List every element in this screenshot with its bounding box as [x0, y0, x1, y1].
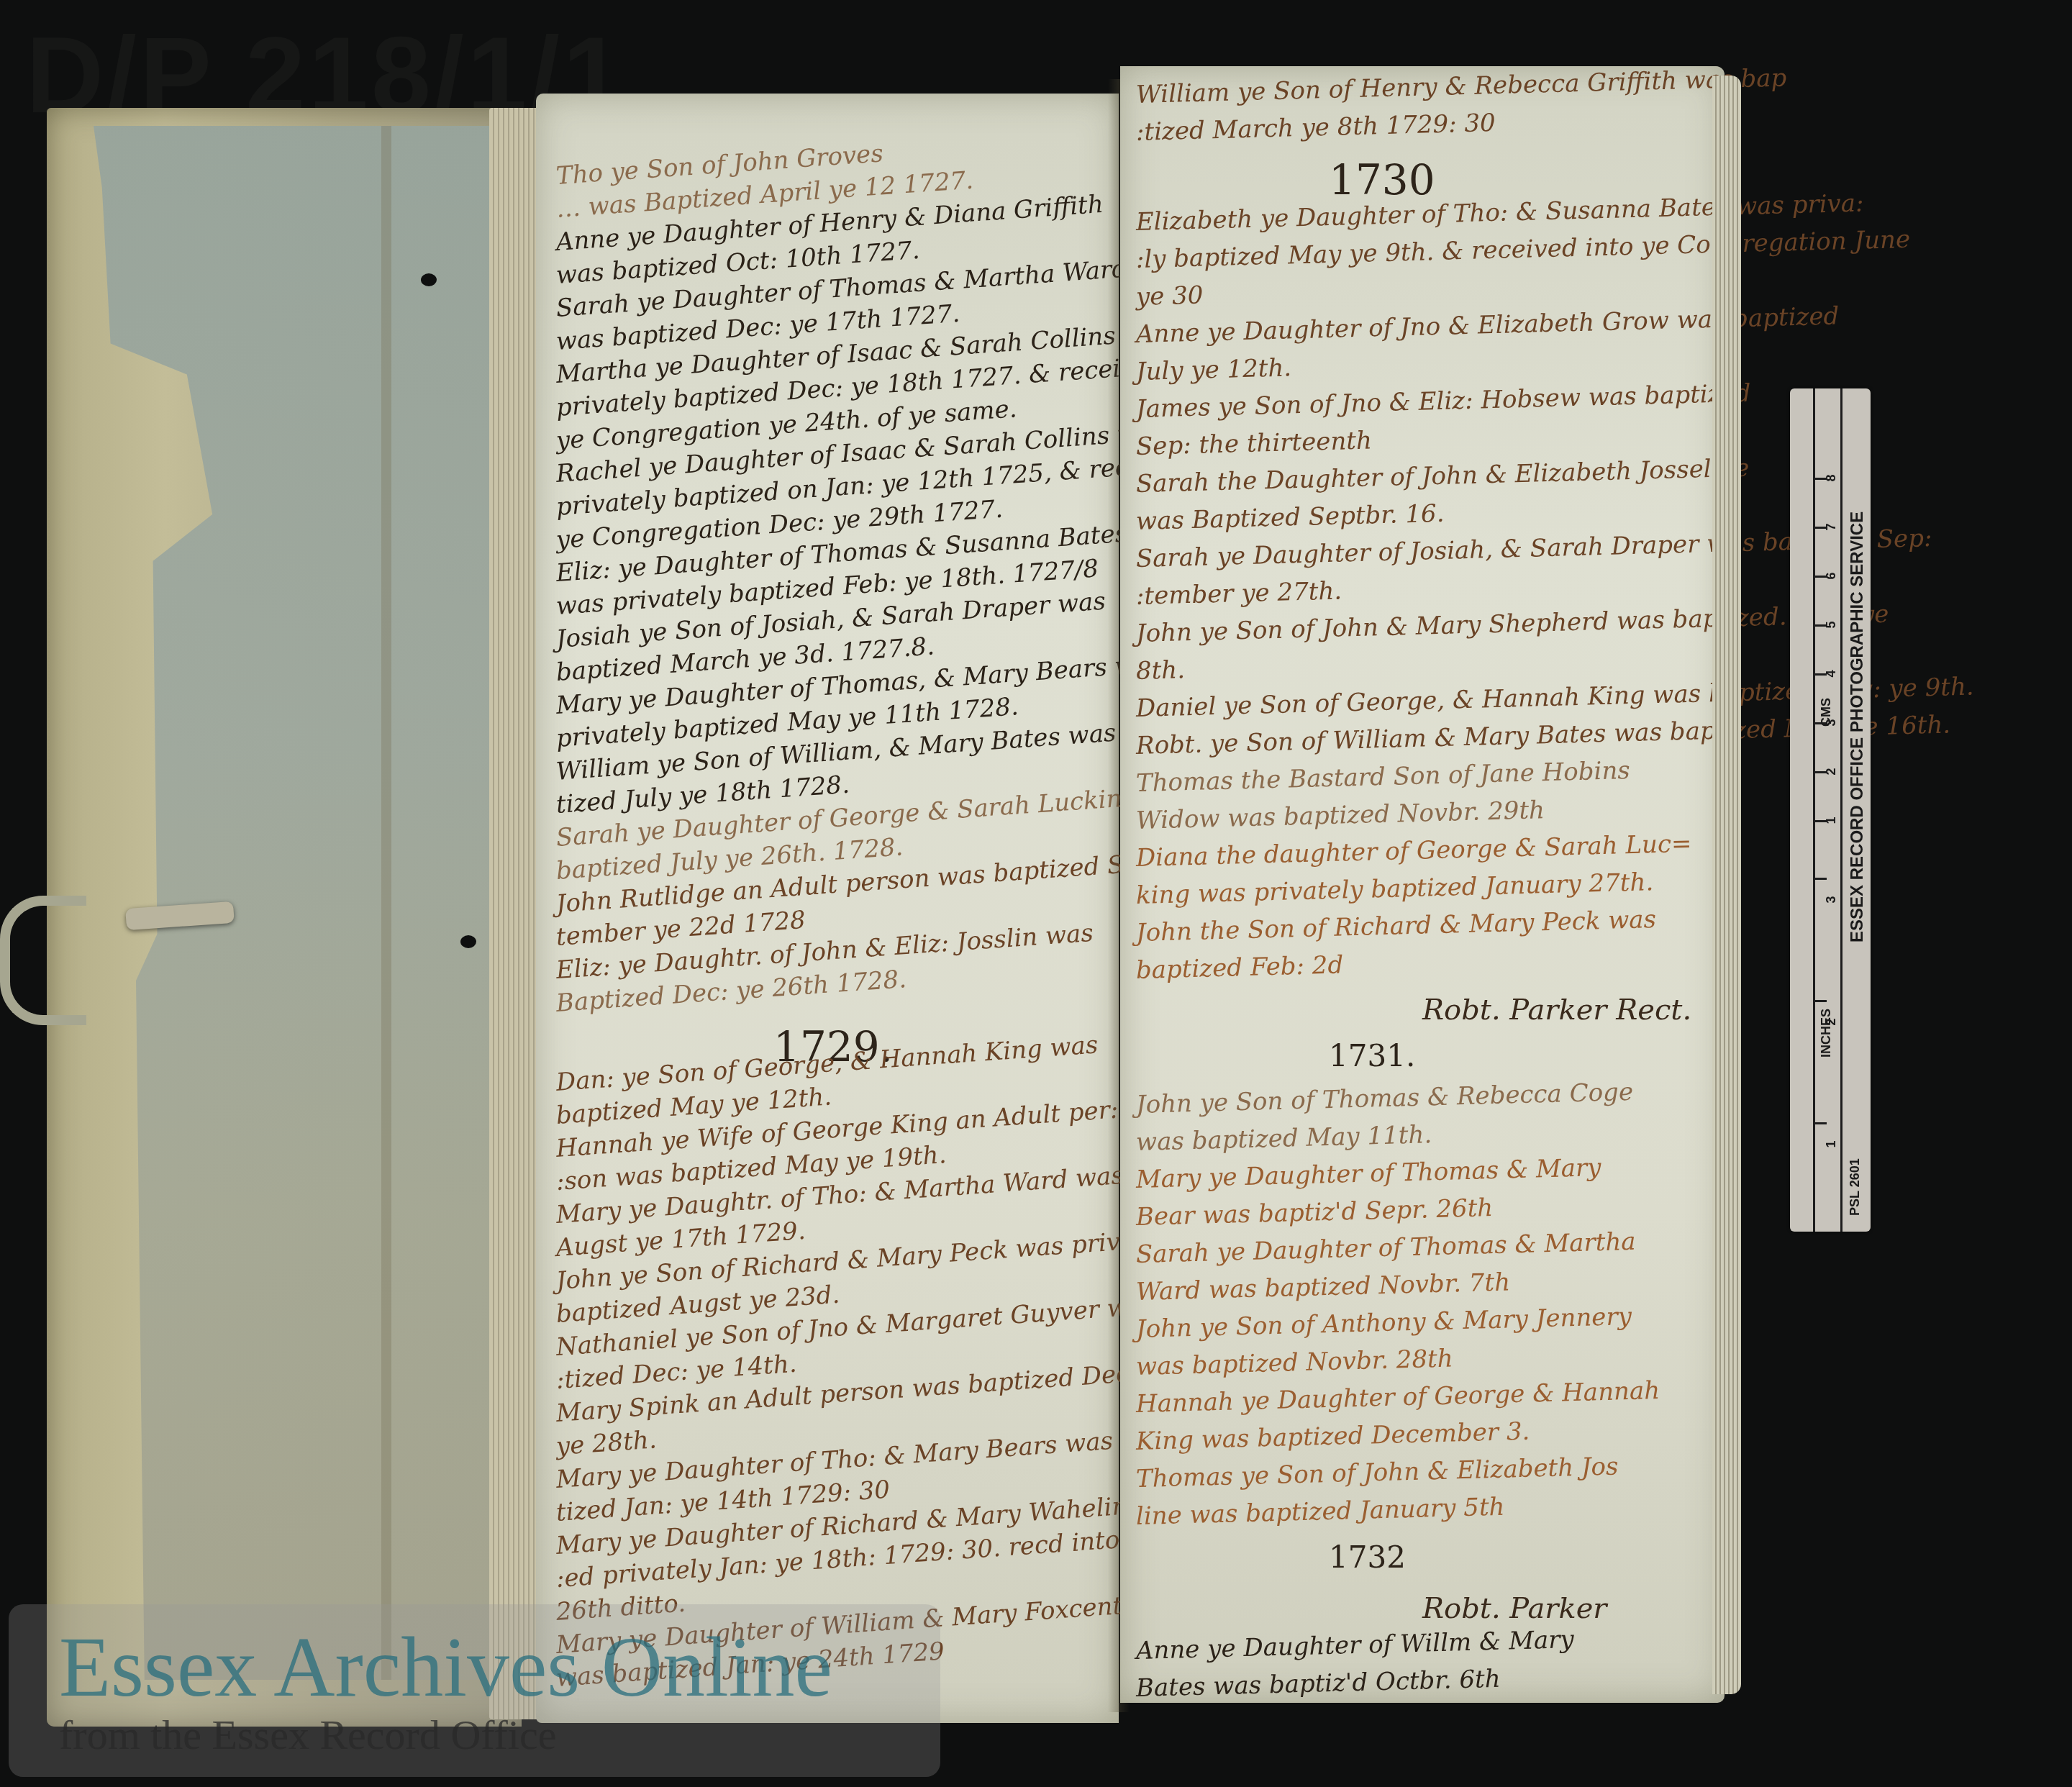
register-entry-line: line was baptized January 5th: [1135, 1493, 1504, 1531]
year-heading: 1730: [1329, 155, 1435, 204]
register-entry-line: Sarah ye Daughter of Thomas & Martha: [1135, 1227, 1636, 1269]
register-entry-line: King was baptized December 3.: [1135, 1417, 1530, 1456]
ruler-cm-number: 6: [1824, 572, 1839, 579]
register-entry-line: Thomas ye Son of John & Elizabeth Jos: [1135, 1452, 1618, 1493]
register-entry-line: baptized Feb: 2d: [1135, 950, 1343, 985]
ruler-inch-number: 3: [1824, 896, 1839, 903]
register-entry-line: was baptized May 11th.: [1135, 1120, 1432, 1157]
register-entry-line: :tized March ye 8th 1729: 30: [1135, 109, 1496, 147]
register-entry-line: Thomas the Bastard Son of Jane Hobins: [1135, 756, 1630, 798]
ruler-model-number: PSL 2601: [1848, 1158, 1863, 1216]
year-heading: 1731.: [1329, 1038, 1415, 1073]
register-entry-line: John ye Son of Thomas & Rebecca Coge: [1135, 1078, 1633, 1119]
ruler-divider-line: [1840, 388, 1842, 1232]
watermark-title: Essex Archives Online: [59, 1619, 832, 1716]
register-entry-line: was baptized Novbr. 28th: [1135, 1344, 1453, 1381]
ruler-inch-tick: [1815, 1000, 1827, 1002]
register-entry-line: Bear was baptiz'd Sepr. 26th: [1135, 1193, 1493, 1232]
ruler-cm-label: CMS: [1819, 698, 1834, 727]
ruler-cm-number: 7: [1824, 523, 1839, 530]
cover-hole: [460, 935, 476, 948]
scale-ruler: 12345678123 CMS INCHES ESSEX RECORD OFFI…: [1790, 388, 1871, 1232]
register-entry-line: king was privately baptized January 27th…: [1135, 868, 1653, 910]
register-entry-line: Anne ye Daughter of Willm & Mary: [1135, 1625, 1574, 1665]
cover-inner-flap: [94, 126, 518, 1680]
register-entry-line: ye 28th.: [555, 1426, 658, 1462]
register-entry-line: James ye Son of Jno & Eliz: Hobsew was b…: [1135, 378, 1750, 423]
year-heading: 1732: [1329, 1540, 1406, 1575]
watermark-banner: Essex Archives Online from the Essex Rec…: [9, 1604, 940, 1777]
ruler-inch-label: INCHES: [1819, 1009, 1834, 1058]
register-entry-line: Mary ye Daughter of Thomas & Mary: [1135, 1153, 1601, 1194]
ruler-scale-line: [1813, 388, 1815, 1232]
register-entry-line: ye 30: [1135, 281, 1203, 311]
register-entry-line: 8th.: [1135, 655, 1185, 686]
ruler-cm-number: 2: [1824, 768, 1839, 775]
register-entry-line: Sep: the thirteenth: [1135, 426, 1372, 461]
register-entry-line: William ye Son of Henry & Rebecca Griffi…: [1135, 63, 1786, 109]
ruler-inch-tick: [1815, 1122, 1827, 1124]
register-entry-line: John the Son of Richard & Mary Peck was: [1135, 905, 1656, 947]
ruler-cm-number: 5: [1824, 621, 1839, 628]
cover-hole: [421, 273, 437, 286]
register-entry-line: Bates was baptiz'd Octbr. 6th: [1135, 1665, 1501, 1703]
watermark-subtitle: from the Essex Record Office: [59, 1711, 556, 1759]
register-entry-line: Diana the daughter of George & Sarah Luc…: [1135, 829, 1692, 873]
ruler-brand-text: ESSEX RECORD OFFICE PHOTOGRAPHIC SERVICE: [1848, 511, 1868, 942]
page-stack-edge-right: [1712, 76, 1741, 1694]
rector-signature: Robt. Parker Rect.: [1422, 993, 1691, 1027]
ruler-cm-number: 4: [1824, 670, 1839, 677]
right-page: William ye Son of Henry & Rebecca Griffi…: [1120, 66, 1725, 1703]
register-entry-line: was Baptized Septbr. 16.: [1135, 499, 1445, 536]
ruler-cm-number: 1: [1824, 817, 1839, 824]
ruler-inch-tick: [1815, 878, 1827, 880]
ruler-inch-number: 1: [1824, 1140, 1839, 1147]
register-entry-line: :tember ye 27th.: [1135, 576, 1342, 610]
ruler-cm-number: 8: [1824, 474, 1839, 481]
register-entry-line: Sarah the Daughter of John & Elizabeth J…: [1135, 453, 1750, 498]
register-entry-line: Ward was baptized Novbr. 7th: [1135, 1268, 1510, 1306]
left-page: Tho ye Son of John Groves… was Baptized …: [536, 94, 1119, 1723]
cover-fold-line: [381, 126, 391, 1680]
rector-signature: Robt. Parker: [1422, 1592, 1607, 1625]
leather-strap: [0, 896, 86, 1025]
register-entry-line: Hannah ye Daughter of George & Hannah: [1135, 1376, 1660, 1419]
page-stack-edge-left: [489, 108, 540, 1719]
register-entry-line: Widow was baptized Novbr. 29th: [1135, 796, 1545, 835]
register-entry-line: John ye Son of Anthony & Mary Jennery: [1135, 1302, 1632, 1344]
register-entry-line: July ye 12th.: [1135, 353, 1291, 386]
